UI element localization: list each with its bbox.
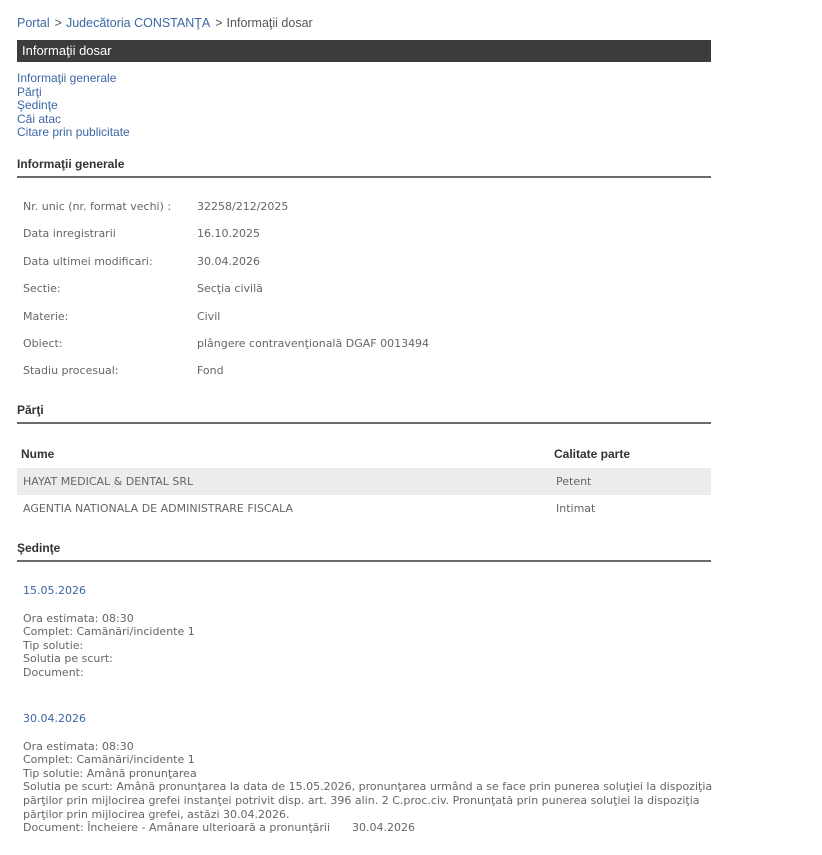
info-row-stadiu: Stadiu procesual: Fond (23, 364, 429, 391)
column-header-calitate: Calitate parte (550, 447, 711, 461)
nav-link-sedinte[interactable]: Şedinţe (17, 99, 130, 113)
info-label: Data inregistrarii (23, 227, 197, 240)
hearing-complet: Complet: Camănări/incidente 1 (23, 753, 713, 767)
hearing-ora: Ora estimata: 08:30 (23, 612, 713, 626)
nav-link-parti[interactable]: Părţi (17, 86, 130, 100)
party-name: AGENTIA NATIONALA DE ADMINISTRARE FISCAL… (17, 502, 550, 515)
breadcrumb: Portal>Judecătoria CONSTANŢA>Informaţii … (17, 16, 313, 30)
hearing-date[interactable]: 15.05.2026 (23, 584, 713, 598)
breadcrumb-separator: > (55, 16, 62, 30)
breadcrumb-separator: > (215, 16, 222, 30)
section-heading-general: Informaţii generale (17, 157, 711, 178)
info-row-data-inregistrarii: Data inregistrarii 16.10.2025 (23, 227, 429, 254)
hearing-item: 30.04.2026 Ora estimata: 08:30 Complet: … (23, 712, 713, 835)
info-label: Stadiu procesual: (23, 364, 197, 377)
hearing-document-date: 30.04.2026 (352, 821, 415, 834)
hearing-item: 15.05.2026 Ora estimata: 08:30 Complet: … (23, 584, 713, 680)
hearing-solutie-line: părţilor prin mijlocirea grefei instanţe… (23, 794, 713, 808)
parties-table: Nume Calitate parte HAYAT MEDICAL & DENT… (17, 440, 711, 522)
hearing-date[interactable]: 30.04.2026 (23, 712, 713, 726)
party-role: Intimat (550, 502, 711, 515)
breadcrumb-current: Informaţii dosar (227, 16, 313, 30)
info-value: Secţia civilă (197, 282, 263, 295)
info-row-obiect: Obiect: plângere contravenţională DGAF 0… (23, 337, 429, 364)
section-heading-sedinte: Şedinţe (17, 541, 711, 562)
info-value: Fond (197, 364, 224, 377)
hearing-document: Document: Încheiere - Amânare ulterioară… (23, 821, 713, 835)
hearing-tip-solutie: Tip solutie: Amână pronunţarea (23, 767, 713, 781)
info-row-nr-unic: Nr. unic (nr. format vechi) : 32258/212/… (23, 200, 429, 227)
info-row-materie: Materie: Civil (23, 310, 429, 337)
info-row-sectie: Sectie: Secţia civilă (23, 282, 429, 309)
nav-link-informatii-generale[interactable]: Informaţii generale (17, 72, 130, 86)
breadcrumb-court[interactable]: Judecătoria CONSTANŢA (66, 16, 210, 30)
parties-table-header: Nume Calitate parte (17, 440, 711, 468)
info-value: 16.10.2025 (197, 227, 260, 240)
party-role: Petent (550, 475, 711, 488)
breadcrumb-portal[interactable]: Portal (17, 16, 50, 30)
info-label: Sectie: (23, 282, 197, 295)
party-name: HAYAT MEDICAL & DENTAL SRL (17, 475, 550, 488)
info-value: plângere contravenţională DGAF 0013494 (197, 337, 429, 350)
section-heading-parti: Părţi (17, 403, 711, 424)
page-title: Informaţii dosar (22, 43, 112, 58)
info-value: 30.04.2026 (197, 255, 260, 268)
table-row: AGENTIA NATIONALA DE ADMINISTRARE FISCAL… (17, 495, 711, 522)
hearing-tip-solutie: Tip solutie: (23, 639, 713, 653)
info-label: Materie: (23, 310, 197, 323)
table-row: HAYAT MEDICAL & DENTAL SRL Petent (17, 468, 711, 495)
hearing-solutie-line: părţilor prin mijlocirea grefei, astăzi … (23, 808, 713, 822)
page-title-bar: Informaţii dosar (17, 40, 711, 62)
hearing-solutie: Solutia pe scurt: (23, 652, 713, 666)
section-nav: Informaţii generale Părţi Şedinţe Căi at… (17, 72, 130, 140)
hearing-document-label: Document: Încheiere - Amânare ulterioară… (23, 821, 330, 834)
info-value: Civil (197, 310, 220, 323)
hearing-document: Document: (23, 666, 713, 680)
info-value: 32258/212/2025 (197, 200, 288, 213)
info-row-data-modificari: Data ultimei modificari: 30.04.2026 (23, 255, 429, 282)
info-label: Obiect: (23, 337, 197, 350)
general-info-list: Nr. unic (nr. format vechi) : 32258/212/… (23, 200, 429, 392)
column-header-nume: Nume (17, 447, 550, 461)
nav-link-cai-atac[interactable]: Căi atac (17, 113, 130, 127)
hearing-complet: Complet: Camănări/incidente 1 (23, 625, 713, 639)
hearing-ora: Ora estimata: 08:30 (23, 740, 713, 754)
nav-link-citare-publicitate[interactable]: Citare prin publicitate (17, 126, 130, 140)
info-label: Nr. unic (nr. format vechi) : (23, 200, 197, 213)
info-label: Data ultimei modificari: (23, 255, 197, 268)
hearing-solutie-line: Solutia pe scurt: Amână pronunţarea la d… (23, 780, 713, 794)
